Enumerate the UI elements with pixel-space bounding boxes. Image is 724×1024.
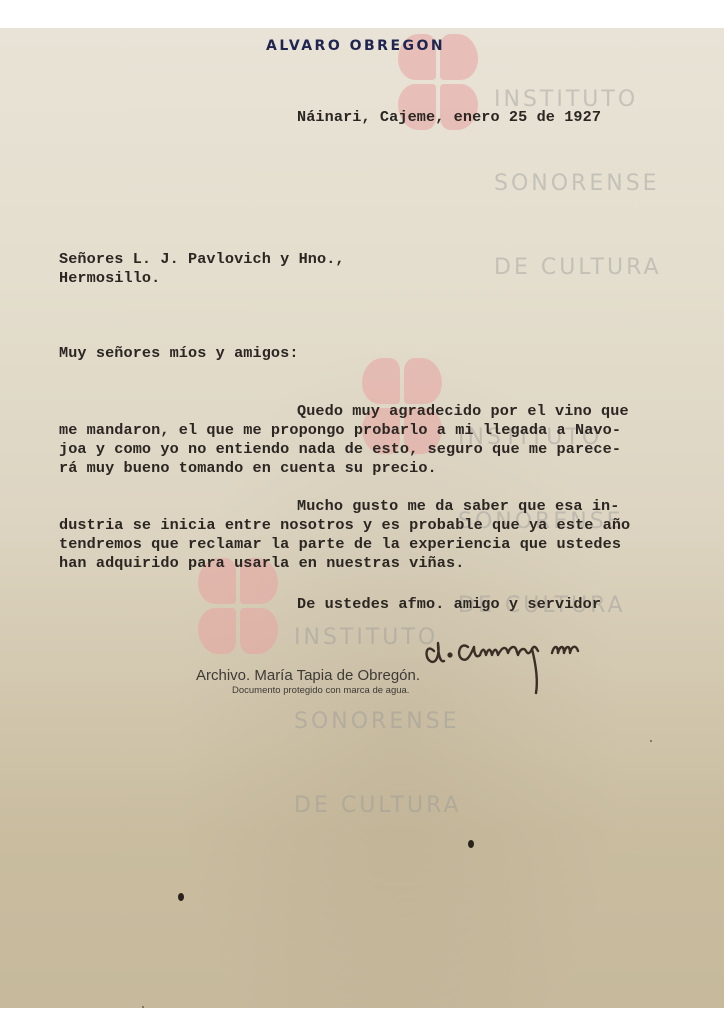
ink-spot xyxy=(142,1006,144,1008)
watermark-line-2: SONORENSE xyxy=(294,708,462,736)
recipient-name: Señores L. J. Pavlovich y Hno., xyxy=(59,250,345,269)
watermark-line-3: DE CULTURA xyxy=(294,792,462,820)
letterhead: Alvaro Obregon xyxy=(266,38,445,54)
ink-spot xyxy=(468,840,474,848)
closing: De ustedes afmo. amigo y servidor xyxy=(297,595,601,614)
ink-spot xyxy=(178,893,184,901)
paragraph-1-line: rá muy bueno tomando en cuenta su precio… xyxy=(59,459,437,478)
watermark-line-3: DE CULTURA xyxy=(494,254,662,282)
recipient-city: Hermosillo. xyxy=(59,269,160,288)
archive-note: Documento protegido con marca de agua. xyxy=(232,685,409,696)
paragraph-1-line: joa y como yo no entiendo nada de esto, … xyxy=(59,440,621,459)
signature xyxy=(420,625,600,700)
paragraph-2-line: han adquirido para usarla en nuestras vi… xyxy=(59,554,464,573)
paragraph-1-line: Quedo muy agradecido por el vino que xyxy=(297,402,629,421)
paragraph-2-line: Mucho gusto me da saber que esa in- xyxy=(297,497,620,516)
paragraph-2-line: tendremos que reclamar la parte de la ex… xyxy=(59,535,621,554)
archive-title: Archivo. María Tapia de Obregón. xyxy=(196,667,420,684)
paragraph-1-line: me mandaron, el que me propongo probarlo… xyxy=(59,421,621,440)
salutation: Muy señores míos y amigos: xyxy=(59,344,299,363)
ink-spot xyxy=(650,740,652,742)
paragraph-2-line: dustria se inicia entre nosotros y es pr… xyxy=(59,516,630,535)
watermark-line-2: SONORENSE xyxy=(494,170,662,198)
place-date: Náinari, Cajeme, enero 25 de 1927 xyxy=(297,108,601,127)
